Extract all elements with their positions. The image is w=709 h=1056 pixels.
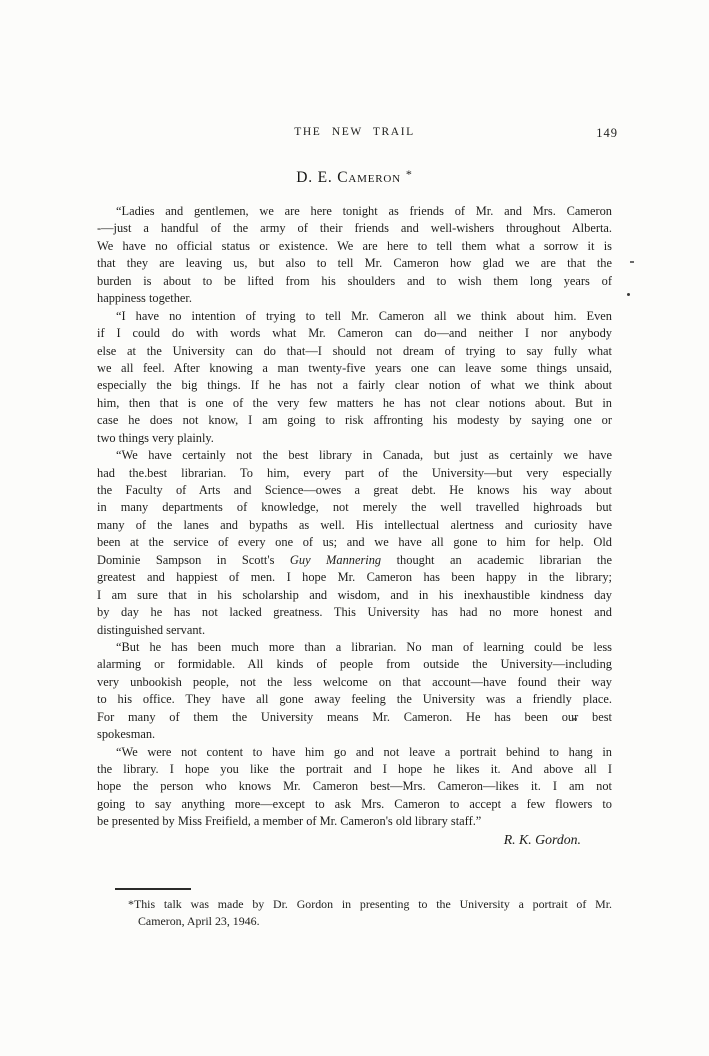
running-header-title: THE NEW TRAIL: [97, 126, 612, 138]
text-line: “We have certainly not the best library …: [97, 447, 612, 464]
paragraph-2: “I have no intention of trying to tell M…: [97, 308, 612, 448]
text-line: greatest and happiest of men. I hope Mr.…: [97, 569, 612, 586]
signature: R. K. Gordon.: [97, 832, 612, 848]
text-line: to his office. They have all gone away f…: [97, 691, 612, 708]
text-line: hope the person who knows Mr. Cameron be…: [97, 778, 612, 795]
text-line: Dominie Sampson in Scott's Guy Mannering…: [97, 552, 612, 569]
text-line: “But he has been much more than a librar…: [97, 639, 612, 656]
scan-speck: [627, 293, 630, 296]
text-line: if I could do with words what Mr. Camero…: [97, 325, 612, 342]
text-line: be presented by Miss Freifield, a member…: [97, 813, 612, 830]
text-line: -—just a handful of the army of their fr…: [97, 220, 612, 237]
footnote: *This talk was made by Dr. Gordon in pre…: [128, 896, 612, 930]
footnote-marker-ref: *: [406, 167, 413, 181]
text-line: else at the University can do that—I sho…: [97, 343, 612, 360]
text-line: the Faculty of Arts and Science—owes a g…: [97, 482, 612, 499]
text-line: I am sure that in his scholarship and wi…: [97, 587, 612, 604]
footnote-line-1: *This talk was made by Dr. Gordon in pre…: [128, 896, 612, 913]
paragraph-4: “But he has been much more than a librar…: [97, 639, 612, 744]
text-line: that they are leaving us, but also to te…: [97, 255, 612, 272]
footnote-divider: [115, 888, 191, 890]
paragraph-3: “We have certainly not the best library …: [97, 447, 612, 639]
text-line: we all feel. After knowing a man twenty-…: [97, 360, 612, 377]
text-line: case he does not know, I am going to ris…: [97, 412, 612, 429]
paragraph-5: “We were not content to have him go and …: [97, 744, 612, 831]
scan-speck: [630, 261, 634, 263]
scan-speck: [573, 718, 577, 720]
document-page: THE NEW TRAIL 149 D. E. Cameron* “Ladies…: [0, 0, 709, 1056]
text-line: very unbookish people, not the less welc…: [97, 674, 612, 691]
paragraph-1: “Ladies and gentlemen, we are here tonig…: [97, 203, 612, 308]
footnote-line-2: Cameron, April 23, 1946.: [138, 913, 612, 930]
text-line: two things very plainly.: [97, 430, 612, 447]
text-line: many of the lanes and bypaths as well. H…: [97, 517, 612, 534]
text-line: burden is about to be lifted from his sh…: [97, 273, 612, 290]
text-line: “I have no intention of trying to tell M…: [97, 308, 612, 325]
text-line: had the.best librarian. To him, every pa…: [97, 465, 612, 482]
page-number: 149: [596, 126, 618, 141]
article-title-text: D. E. Cameron: [296, 169, 401, 186]
text-line: alarming or formidable. All kinds of peo…: [97, 656, 612, 673]
text-line: by day he has not lacked greatness. This…: [97, 604, 612, 621]
running-header: THE NEW TRAIL 149: [97, 126, 612, 142]
text-line: the library. I hope you like the portrai…: [97, 761, 612, 778]
text-line: been at the service of every one of us; …: [97, 534, 612, 551]
text-line: distinguished servant.: [97, 622, 612, 639]
body-paragraphs: “Ladies and gentlemen, we are here tonig…: [97, 203, 612, 831]
text-line: happiness together.: [97, 290, 612, 307]
text-line: spokesman.: [97, 726, 612, 743]
text-line: For many of them the University means Mr…: [97, 709, 612, 726]
text-line: “Ladies and gentlemen, we are here tonig…: [97, 203, 612, 220]
text-line: We have no official status or existence.…: [97, 238, 612, 255]
text-line: especially the big things. If he has not…: [97, 377, 612, 394]
text-line: “We were not content to have him go and …: [97, 744, 612, 761]
text-line: him, then that is one of the very few ma…: [97, 395, 612, 412]
text-line: going to say anything more—except to ask…: [97, 796, 612, 813]
text-line: in many departments of knowledge, not me…: [97, 499, 612, 516]
article-title: D. E. Cameron*: [97, 169, 612, 187]
